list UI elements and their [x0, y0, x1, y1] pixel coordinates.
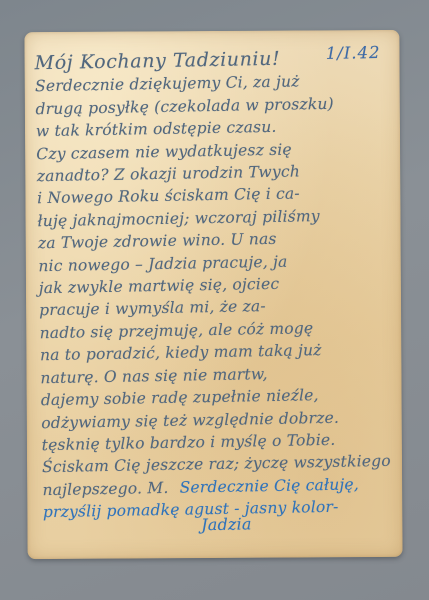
letter-date: 1/I.42	[326, 42, 381, 65]
closing-dark-ink: najlepszego. M.	[42, 479, 168, 499]
scan-background: Mój Kochany Tadziuniu! 1/I.42 Serdecznie…	[0, 0, 429, 600]
salutation: Mój Kochany Tadziuniu!	[34, 48, 280, 74]
letter-text: Mój Kochany Tadziuniu! 1/I.42 Serdecznie…	[34, 46, 395, 553]
postcard-paper: Mój Kochany Tadziuniu! 1/I.42 Serdecznie…	[24, 30, 402, 559]
closing-bright-ink: Serdecznie Cię całuję,	[179, 475, 359, 496]
